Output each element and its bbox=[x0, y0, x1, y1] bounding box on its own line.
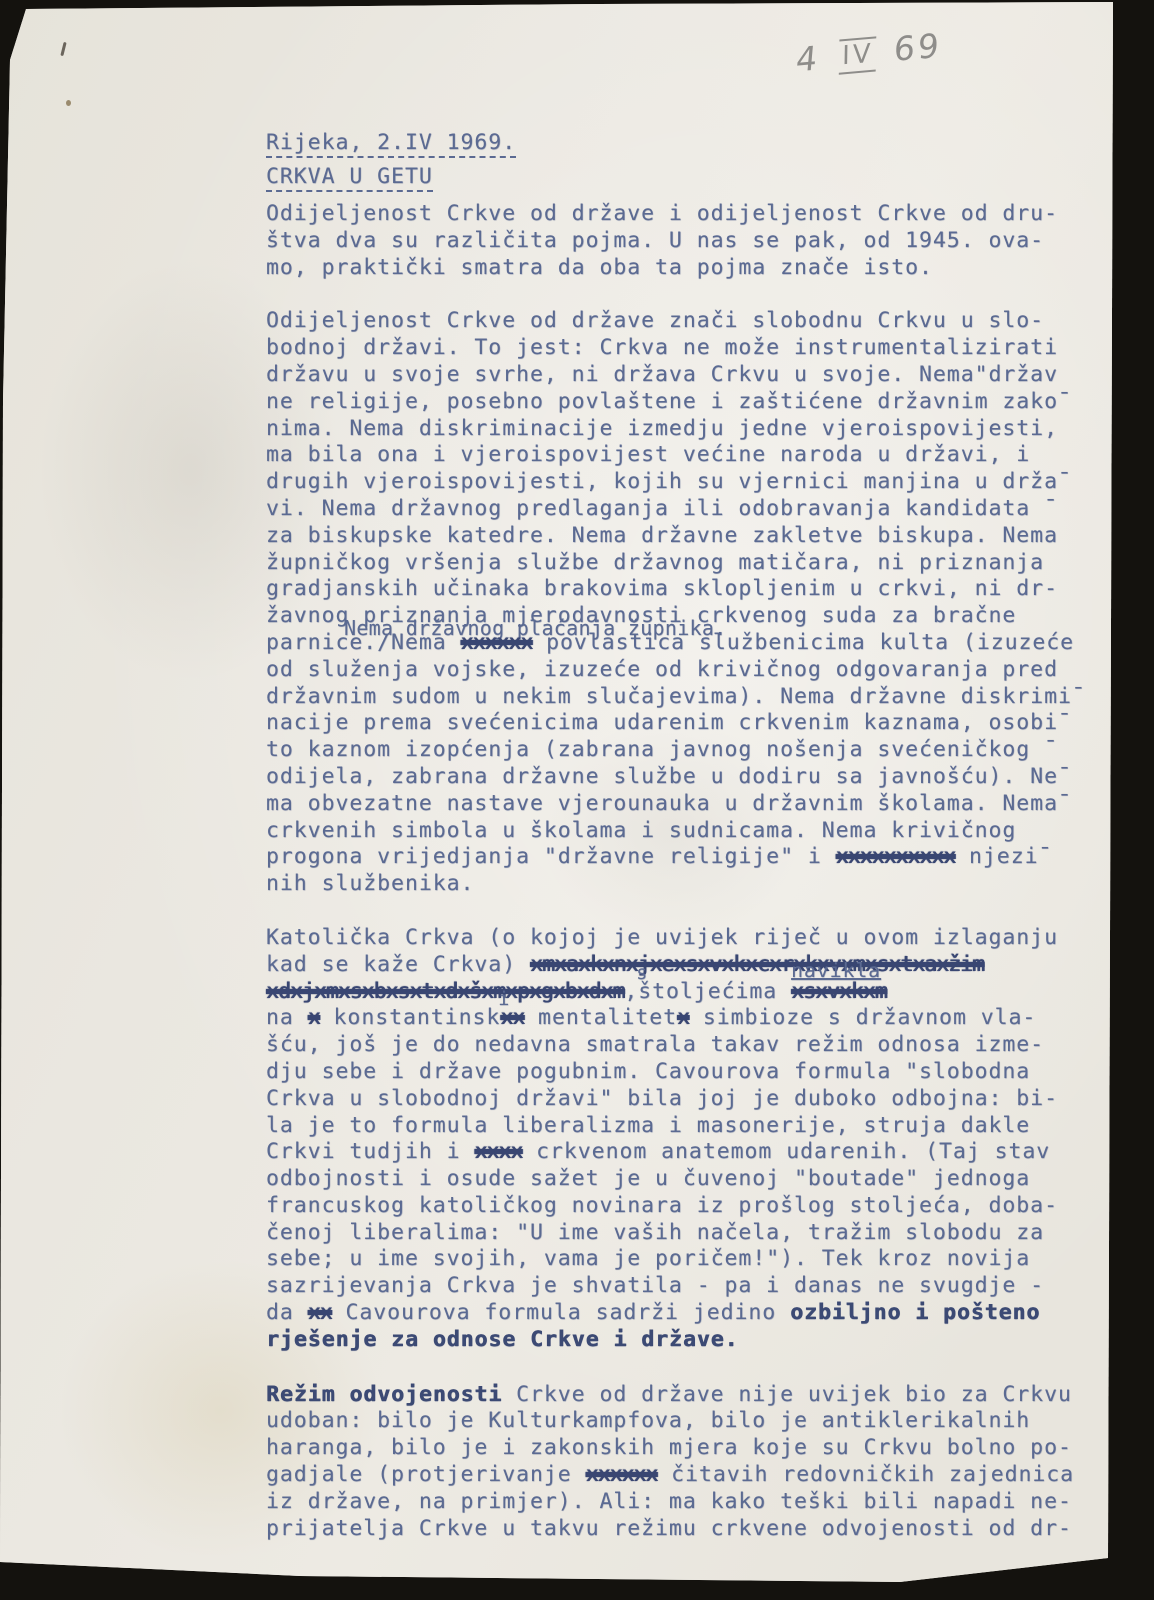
typed-text: gadjale (protjerivanje bbox=[266, 1462, 586, 1487]
paragraph-4: Režim odvojenosti Crkve od države nije u… bbox=[266, 1382, 1096, 1543]
typed-text: odbojnosti i osude sažet je u čuvenoj "b… bbox=[266, 1166, 1030, 1191]
typed-text: crkvenom anatemom udarenih. (Taj stav bbox=[522, 1139, 1050, 1164]
handwritten-date: 4 IV 69 bbox=[794, 28, 943, 82]
text-line: iz države, na primjer). Ali: ma kako teš… bbox=[266, 1489, 1096, 1516]
typewritten-text: Rijeka, 2.IV 1969.CRKVA U GETUOdijeljeno… bbox=[266, 126, 1096, 1569]
text-line: Odijeljenost Crkve od države znači slobo… bbox=[266, 308, 1096, 335]
typed-text: Odijeljenost Crkve od države znači slobo… bbox=[266, 308, 1044, 333]
typed-text: prijatelja Crkve u takvu režimu crkvene … bbox=[266, 1516, 1072, 1541]
text-line: la je to formula liberalizma i masonerij… bbox=[266, 1113, 1096, 1140]
typed-text: državnim sudom u nekim slučajevima). Nem… bbox=[266, 684, 1086, 709]
handwritten-month-roman: IV bbox=[838, 36, 876, 74]
typed-text: šću, još je do nedavna smatrala takav re… bbox=[266, 1032, 1044, 1057]
typed-text: mentalitet bbox=[524, 1005, 677, 1030]
text-line: drugih vjeroispovijesti, kojih su vjerni… bbox=[266, 469, 1096, 496]
paragraph-2: Odijeljenost Crkve od države znači slobo… bbox=[266, 308, 1096, 898]
text-line: Odijeljenost Crkve od države i odijeljen… bbox=[266, 201, 1096, 228]
typed-text: nih službenika. bbox=[266, 871, 474, 896]
typed-text: CRKVA U GETU bbox=[266, 164, 433, 192]
typed-text: drugih vjeroispovijesti, kojih su vjerni… bbox=[266, 469, 1072, 494]
text-line: državu u svoje svrhe, ni država Crkvu u … bbox=[266, 362, 1096, 389]
text-line: xdxjxmxsxbxsxtxdxšxmxpxgxbxdxm,sštoljeći… bbox=[266, 979, 1096, 1006]
strikeout-overtype: xdxjxmxsxbxsxtxdxšxmxpxgxbxdxm bbox=[266, 979, 624, 1004]
text-line: ne religije, posebno povlaštene i zaštić… bbox=[266, 389, 1096, 416]
typed-text: ma obvezatne nastave vjerounauka u držav… bbox=[266, 791, 1072, 816]
text-line: nima. Nema diskriminacije izmedju jedne … bbox=[266, 416, 1096, 443]
strikeout-overtype: xx bbox=[308, 1300, 332, 1325]
text-line: Režim odvojenosti Crkve od države nije u… bbox=[266, 1382, 1096, 1409]
typed-text: konstantinsk bbox=[320, 1005, 501, 1030]
text-line: župničkog vršenja službe državnog matiča… bbox=[266, 550, 1096, 577]
strikeout-overtype: xxxx bbox=[474, 1139, 522, 1164]
text-line: vi. Nema državnog predlaganja ili odobra… bbox=[266, 496, 1096, 523]
text-line: haranga, bilo je i zakonskih mjera koje … bbox=[266, 1435, 1096, 1462]
paper-speck bbox=[66, 100, 71, 106]
text-line: rješenje za odnose Crkve i države. bbox=[266, 1327, 1096, 1354]
handwritten-year: 69 bbox=[893, 25, 943, 69]
strikeout-overtype: xxxxxx bbox=[461, 630, 533, 655]
text-line: sebe; u ime svojih, vama je poričem!"). … bbox=[266, 1246, 1096, 1273]
typed-text: na bbox=[266, 1005, 308, 1030]
pencil-mark bbox=[60, 42, 66, 56]
typed-text: Crkvi tudjih i bbox=[266, 1139, 474, 1164]
typed-text: iz države, na primjer). Ali: ma kako teš… bbox=[266, 1489, 1072, 1514]
typed-text: ma bila ona i vjeroispovijest većine nar… bbox=[266, 442, 1030, 467]
typed-text: parnice./Nema bbox=[266, 630, 461, 655]
typed-text: Crkve od države nije uvijek bio za Crkvu bbox=[502, 1382, 1072, 1407]
typed-text: progona vrijedjanja "državne religije" i bbox=[266, 844, 836, 869]
text-line: crkvenih simbola u školama i sudnicama. … bbox=[266, 818, 1096, 845]
typed-text: haranga, bilo je i zakonskih mjera koje … bbox=[266, 1435, 1072, 1460]
bold-overtype-text: ozbiljno i pošteno bbox=[790, 1300, 1040, 1325]
typed-text: Cavourova formula sadrži jedino bbox=[332, 1300, 791, 1325]
strikeout-overtype: x bbox=[308, 1005, 320, 1030]
text-line: nacije prema svećenicima udarenim crkven… bbox=[266, 710, 1096, 737]
text-line: državnim sudom u nekim slučajevima). Nem… bbox=[266, 684, 1096, 711]
typed-text: njezi¯ bbox=[955, 844, 1052, 869]
typed-text: ne religije, posebno povlaštene i zaštić… bbox=[266, 389, 1072, 414]
strikeout-overtype: xmxaxkxnxjxexsxvxkxcxrxkxvxmxsxtxaxžim bbox=[530, 952, 984, 977]
text-line: gradjanskih učinaka brakovima sklopljeni… bbox=[266, 576, 1096, 603]
text-line: nih službenika. bbox=[266, 871, 1096, 898]
typed-text: la je to formula liberalizma i masonerij… bbox=[266, 1113, 1030, 1138]
typed-text: bodnoj državi. To jest: Crkva ne može in… bbox=[266, 335, 1058, 360]
text-line: Crkva u slobodnoj državi" bila joj je du… bbox=[266, 1086, 1096, 1113]
text-line: parnice./Nema xxxxxx povlastica službeni… bbox=[266, 630, 1096, 657]
text-line: štva dva su različita pojma. U nas se pa… bbox=[266, 228, 1096, 255]
typed-text: nacije prema svećenicima udarenim crkven… bbox=[266, 710, 1072, 735]
text-line: šću, još je do nedavna smatrala takav re… bbox=[266, 1032, 1096, 1059]
text-line: kad se kaže Crkva) xmxaxkxnxjxexsxvxkxcx… bbox=[266, 952, 1096, 979]
text-line: Crkvi tudjih i xxxx crkvenom anatemom ud… bbox=[266, 1139, 1096, 1166]
scanned-document: { "colors":{"paper":"#e9e6de","ink":"#5b… bbox=[0, 0, 1154, 1600]
text-line: progona vrijedjanja "državne religije" i… bbox=[266, 844, 1096, 871]
typed-text: sazrijevanja Crkva je shvatila - pa i da… bbox=[266, 1273, 1044, 1298]
paragraph-3: Katolička Crkva (o kojoj je uvijek riječ… bbox=[266, 925, 1096, 1354]
text-line: ma bila ona i vjeroispovijest većine nar… bbox=[266, 442, 1096, 469]
bold-overtype-text: rješenje za odnose Crkve i države. bbox=[266, 1327, 738, 1352]
strikeout-overtype: x bbox=[677, 1005, 689, 1030]
text-line: gadjale (protjerivanje xxxxxx čitavih re… bbox=[266, 1462, 1096, 1489]
typed-text: Rijeka, 2.IV 1969. bbox=[266, 130, 516, 158]
typed-text: to kaznom izopćenja (zabrana javnog noše… bbox=[266, 737, 1058, 762]
text-line: odbojnosti i osude sažet je u čuvenoj "b… bbox=[266, 1166, 1096, 1193]
typed-text: državu u svoje svrhe, ni država Crkvu u … bbox=[266, 362, 1058, 387]
typed-text: francuskog katoličkog novinara iz prošlo… bbox=[266, 1193, 1058, 1218]
text-line: dju sebe i države pogubnim. Cavourova fo… bbox=[266, 1059, 1096, 1086]
typed-text: nima. Nema diskriminacije izmedju jedne … bbox=[266, 416, 1058, 441]
typed-text: štva dva su različita pojma. U nas se pa… bbox=[266, 228, 1044, 253]
header: Rijeka, 2.IV 1969.CRKVA U GETU bbox=[266, 126, 1096, 194]
typed-text: čenoj liberalima: "U ime vaših načela, t… bbox=[266, 1220, 1044, 1245]
text-line: na x konstantinskixx mentalitetx simbioz… bbox=[266, 1005, 1096, 1032]
typed-text: vi. Nema državnog predlaganja ili odobra… bbox=[266, 496, 1058, 521]
text-line: CRKVA U GETU bbox=[266, 160, 1096, 194]
typed-text: kad se kaže Crkva) bbox=[266, 952, 530, 977]
paper-sheet: 4 IV 69 Rijeka, 2.IV 1969.CRKVA U GETUOd… bbox=[0, 0, 1154, 1600]
text-line: prijatelja Crkve u takvu režimu crkvene … bbox=[266, 1516, 1096, 1543]
text-line: mo, praktički smatra da oba ta pojma zna… bbox=[266, 255, 1096, 282]
typed-text: simbioze s državnom vla- bbox=[689, 1005, 1036, 1030]
typed-text: odijela, zabrana državne službe u dodiru… bbox=[266, 764, 1072, 789]
typed-text: štoljećima bbox=[638, 979, 791, 1004]
typed-text: gradjanskih učinaka brakovima sklopljeni… bbox=[266, 576, 1058, 601]
text-line: odijela, zabrana državne službe u dodiru… bbox=[266, 764, 1096, 791]
typed-text: dju sebe i države pogubnim. Cavourova fo… bbox=[266, 1059, 1030, 1084]
typed-text: od služenja vojske, izuzeće od krivičnog… bbox=[266, 657, 1058, 682]
typed-text: udoban: bilo je Kulturkampfova, bilo je … bbox=[266, 1408, 1030, 1433]
text-line: Katolička Crkva (o kojoj je uvijek riječ… bbox=[266, 925, 1096, 952]
text-line: za biskupske katedre. Nema državne zakle… bbox=[266, 523, 1096, 550]
typed-text: povlastica službenicima kulta (izuzeće bbox=[532, 630, 1074, 655]
text-line: francuskog katoličkog novinara iz prošlo… bbox=[266, 1193, 1096, 1220]
typed-text: Crkva u slobodnoj državi" bila joj je du… bbox=[266, 1086, 1058, 1111]
typed-text: Katolička Crkva (o kojoj je uvijek riječ… bbox=[266, 925, 1058, 950]
typed-text: da bbox=[266, 1300, 308, 1325]
text-line: to kaznom izopćenja (zabrana javnog noše… bbox=[266, 737, 1096, 764]
strikeout-overtype: xxxxxxxxxx bbox=[836, 844, 955, 869]
text-line: bodnoj državi. To jest: Crkva ne može in… bbox=[266, 335, 1096, 362]
typed-text: crkvenih simbola u školama i sudnicama. … bbox=[266, 818, 1016, 843]
text-line: Rijeka, 2.IV 1969. bbox=[266, 126, 1096, 160]
text-line: udoban: bilo je Kulturkampfova, bilo je … bbox=[266, 1408, 1096, 1435]
typed-text: čitavih redovničkih zajednica bbox=[657, 1462, 1074, 1487]
text-line: da xx Cavourova formula sadrži jedino oz… bbox=[266, 1300, 1096, 1327]
text-line: sazrijevanja Crkva je shvatila - pa i da… bbox=[266, 1273, 1096, 1300]
bold-overtype-text: Režim odvojenosti bbox=[266, 1382, 502, 1407]
typed-text: mo, praktički smatra da oba ta pojma zna… bbox=[266, 255, 933, 280]
text-line: ma obvezatne nastave vjerounauka u držav… bbox=[266, 791, 1096, 818]
strikeout-overtype: xxxxxx bbox=[586, 1462, 658, 1487]
typed-text: za biskupske katedre. Nema državne zakle… bbox=[266, 523, 1058, 548]
text-line: čenoj liberalima: "U ime vaših načela, t… bbox=[266, 1220, 1096, 1247]
typed-text: Odijeljenost Crkve od države i odijeljen… bbox=[266, 201, 1058, 226]
handwritten-day: 4 bbox=[794, 38, 821, 80]
typed-text: sebe; u ime svojih, vama je poričem!"). … bbox=[266, 1246, 1030, 1271]
text-line: od služenja vojske, izuzeće od krivičnog… bbox=[266, 657, 1096, 684]
paragraph-1: Odijeljenost Crkve od države i odijeljen… bbox=[266, 201, 1096, 281]
typed-text: župničkog vršenja službe državnog matiča… bbox=[266, 550, 1044, 575]
